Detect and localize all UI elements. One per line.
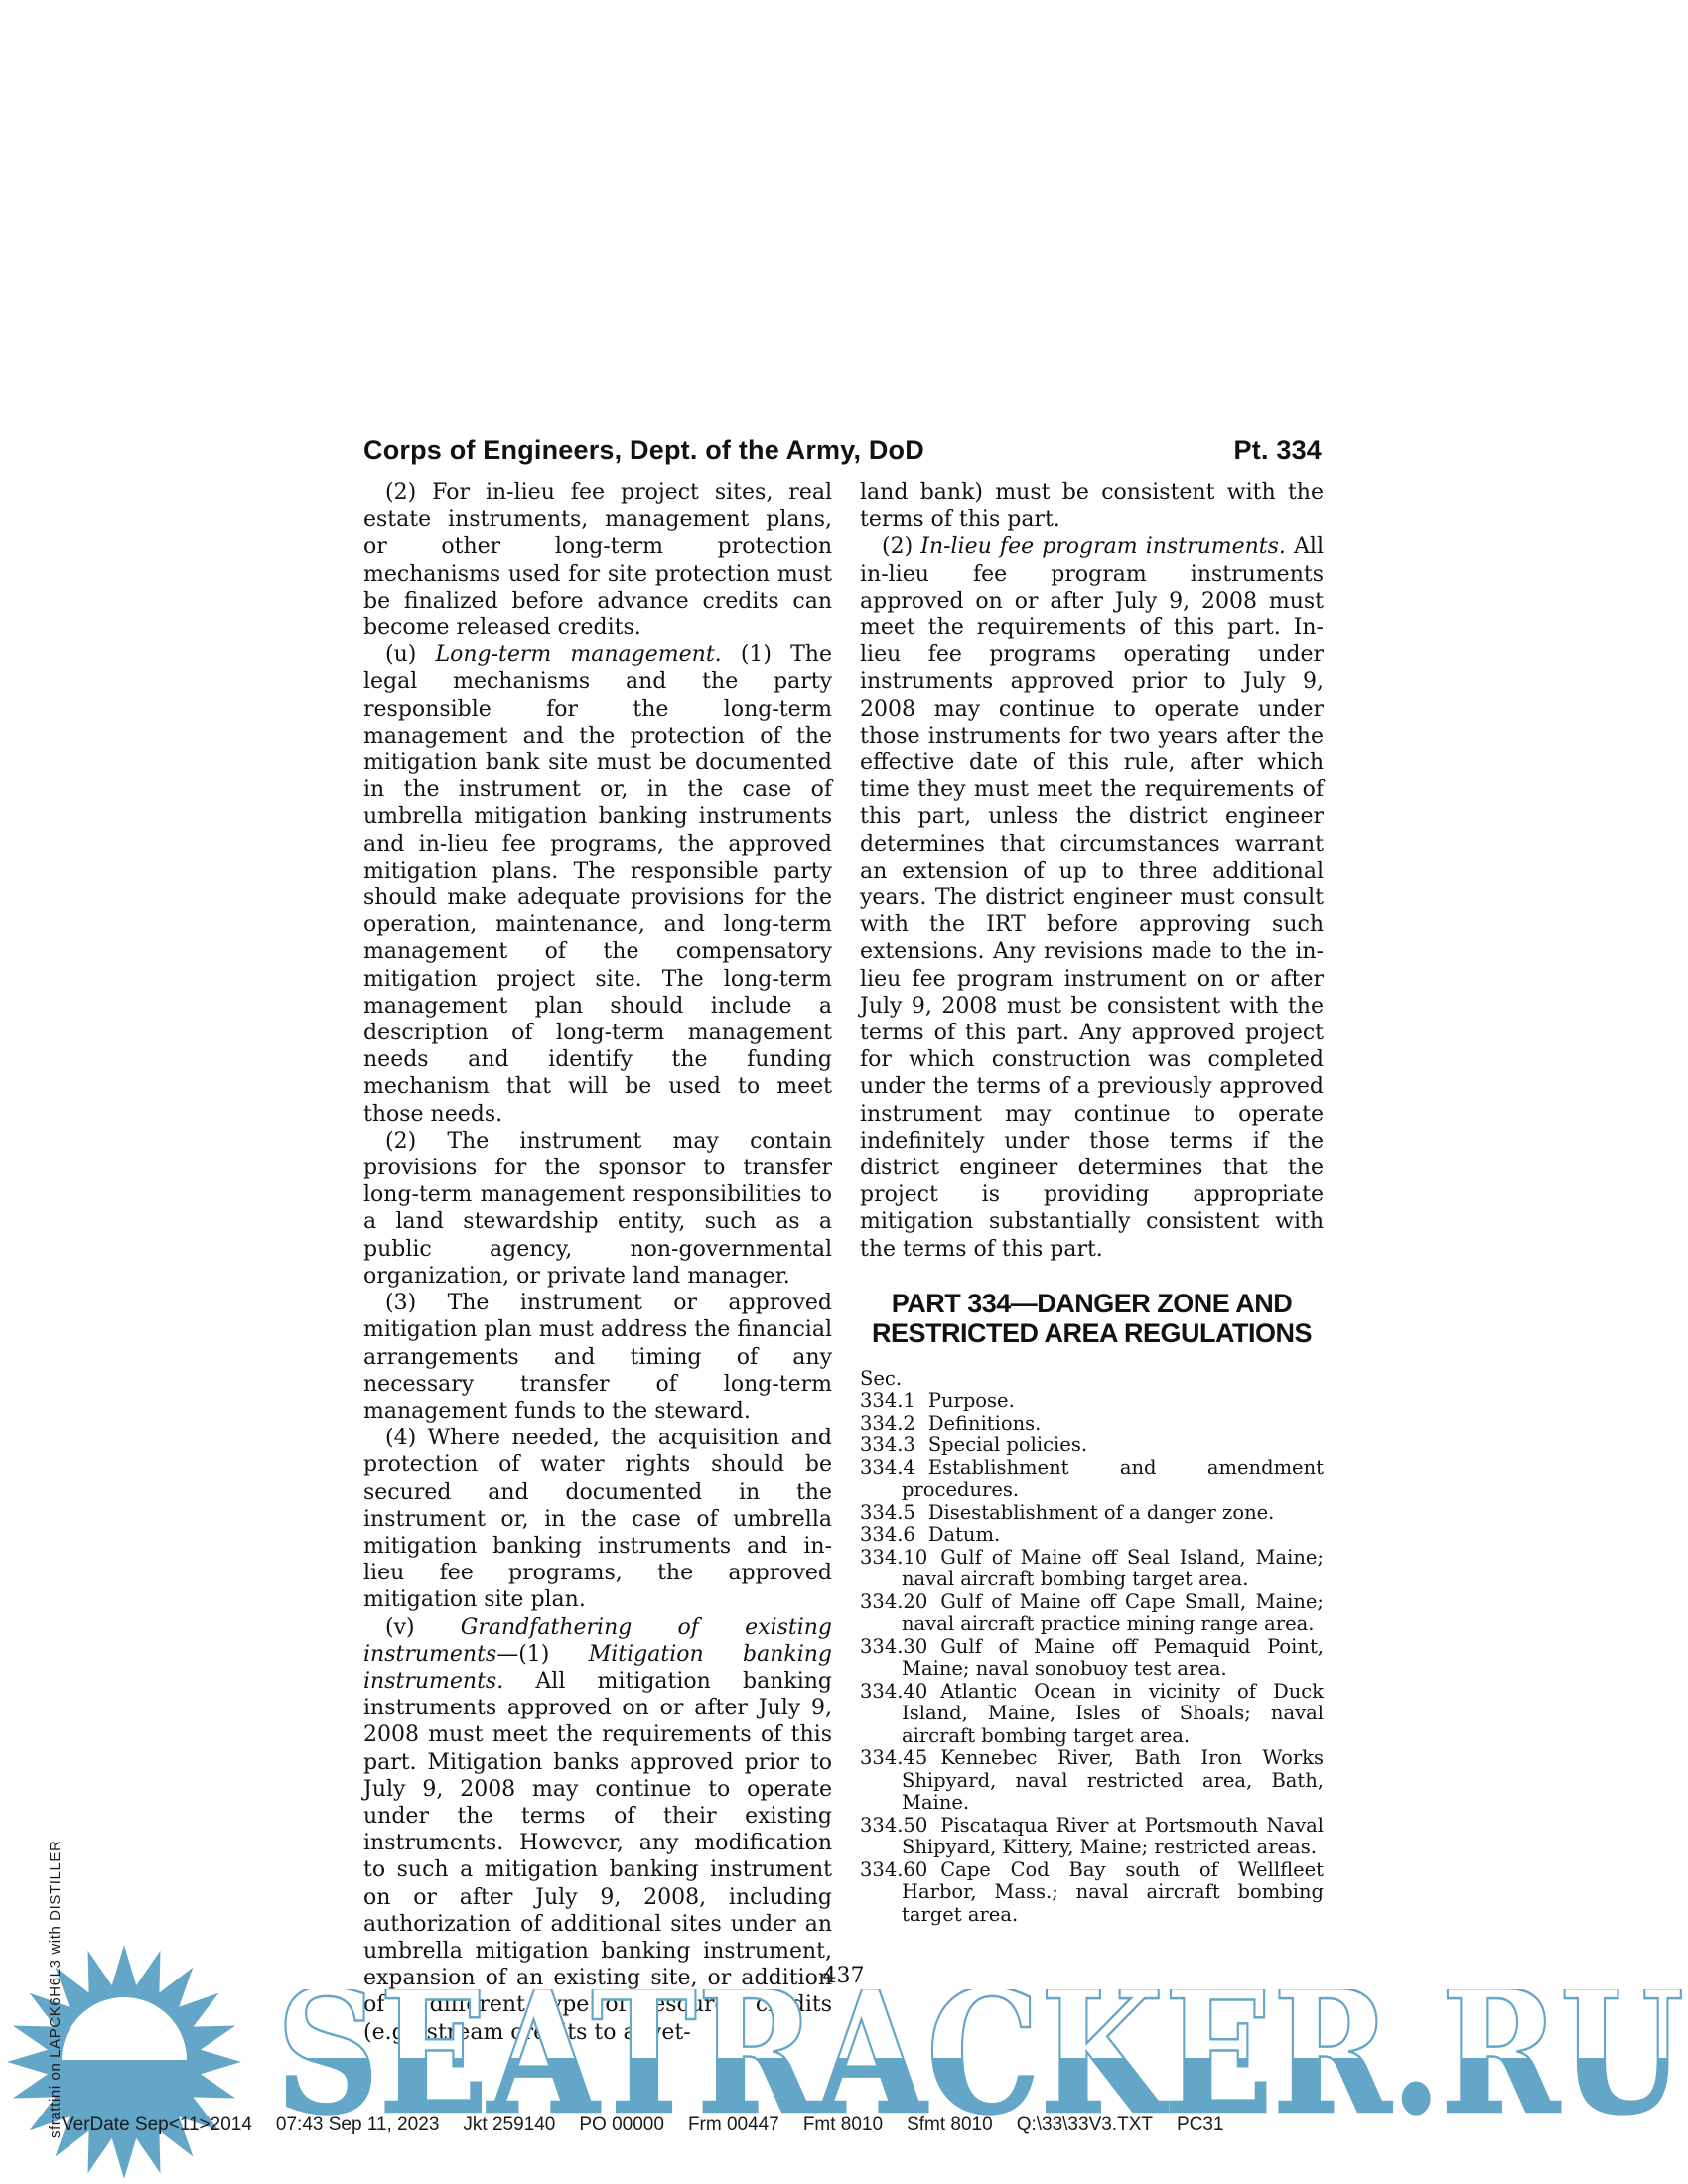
paragraph: (2) For in-lieu fee project sites, real …: [363, 479, 832, 641]
paragraph: (u) Long-term management. (1) The legal …: [363, 641, 832, 1128]
paragraph: (2) In-lieu fee program instruments. All…: [860, 533, 1324, 1262]
section-entry: 334.5Disestablishment of a danger zone.: [860, 1502, 1324, 1525]
typeset-footer-line: VerDate Sep<11>201407:43 Sep 11, 2023Jkt…: [62, 2115, 1224, 2136]
sunrise-logo-icon: [2, 1943, 246, 2183]
section-number: 334.6: [860, 1523, 915, 1546]
footer-segment: PO 00000: [579, 2115, 664, 2136]
section-number: 334.20: [860, 1590, 927, 1613]
watermark: SEATRACKER.RU SEATRACKER.RU: [276, 1989, 1686, 2120]
footer-segment: Fmt 8010: [803, 2115, 883, 2136]
section-entry: 334.6Datum.: [860, 1524, 1324, 1547]
document-page: Corps of Engineers, Dept. of the Army, D…: [0, 0, 1688, 2184]
section-number: 334.30: [860, 1635, 927, 1658]
footer-segment: PC31: [1177, 2115, 1224, 2136]
paragraph: (4) Where needed, the acquisition and pr…: [363, 1425, 832, 1613]
section-list-label: Sec.: [860, 1368, 1324, 1391]
footer-segment: Q:\33\33V3.TXT: [1017, 2115, 1153, 2136]
section-number: 334.40: [860, 1680, 927, 1703]
paragraph: land bank) must be consistent with the t…: [860, 479, 1324, 533]
left-column: (2) For in-lieu fee project sites, real …: [363, 479, 832, 2046]
right-column: land bank) must be consistent with the t…: [860, 479, 1324, 1926]
running-head-part-number: Pt. 334: [1234, 435, 1322, 466]
section-entry: 334.1Purpose.: [860, 1390, 1324, 1413]
section-entry: 334.30Gulf of Maine off Pemaquid Point, …: [860, 1636, 1324, 1681]
part-heading: PART 334—DANGER ZONE ANDRESTRICTED AREA …: [860, 1289, 1324, 1348]
section-number: 334.45: [860, 1746, 927, 1769]
section-entry: 334.50Piscataqua River at Portsmouth Nav…: [860, 1815, 1324, 1859]
footer-segment: Frm 00447: [688, 2115, 779, 2136]
paragraph: (3) The instrument or approved mitigatio…: [363, 1290, 832, 1425]
section-entry: 334.45Kennebec River, Bath Iron Works Sh…: [860, 1747, 1324, 1815]
section-number: 334.1: [860, 1389, 915, 1412]
printer-sidenote: sfrattini on LAPCK6H6L3 with DISTILLER: [47, 1841, 64, 2138]
footer-segment: Sfmt 8010: [907, 2115, 993, 2136]
section-entry: 334.40Atlantic Ocean in vicinity of Duck…: [860, 1681, 1324, 1748]
section-entry: 334.4Establishment and amendment procedu…: [860, 1457, 1324, 1502]
section-entry: 334.2Definitions.: [860, 1413, 1324, 1435]
right-column-paragraphs: land bank) must be consistent with the t…: [860, 479, 1324, 1263]
page-number: 437: [363, 1964, 1324, 1988]
section-number: 334.2: [860, 1412, 915, 1434]
paragraph: (2) The instrument may contain provision…: [363, 1128, 832, 1290]
footer-segment: Jkt 259140: [463, 2115, 555, 2136]
section-entry: 334.10Gulf of Maine off Seal Island, Mai…: [860, 1547, 1324, 1591]
running-head-title: Corps of Engineers, Dept. of the Army, D…: [363, 435, 924, 466]
running-head: Corps of Engineers, Dept. of the Army, D…: [363, 435, 1322, 466]
sunburst-shape: [7, 1945, 241, 2179]
footer-segment: VerDate Sep<11>2014: [62, 2115, 252, 2136]
section-list: 334.1Purpose.334.2Definitions.334.3Speci…: [860, 1390, 1324, 1926]
section-number: 334.3: [860, 1433, 915, 1456]
section-number: 334.10: [860, 1546, 927, 1569]
section-entry: 334.60Cape Cod Bay south of Wellfleet Ha…: [860, 1859, 1324, 1927]
section-number: 334.60: [860, 1858, 927, 1881]
section-entry: 334.3Special policies.: [860, 1434, 1324, 1457]
section-number: 334.50: [860, 1814, 927, 1837]
section-number: 334.5: [860, 1501, 915, 1524]
footer-segment: 07:43 Sep 11, 2023: [276, 2115, 439, 2136]
section-number: 334.4: [860, 1456, 915, 1479]
section-entry: 334.20Gulf of Maine off Cape Small, Main…: [860, 1591, 1324, 1636]
